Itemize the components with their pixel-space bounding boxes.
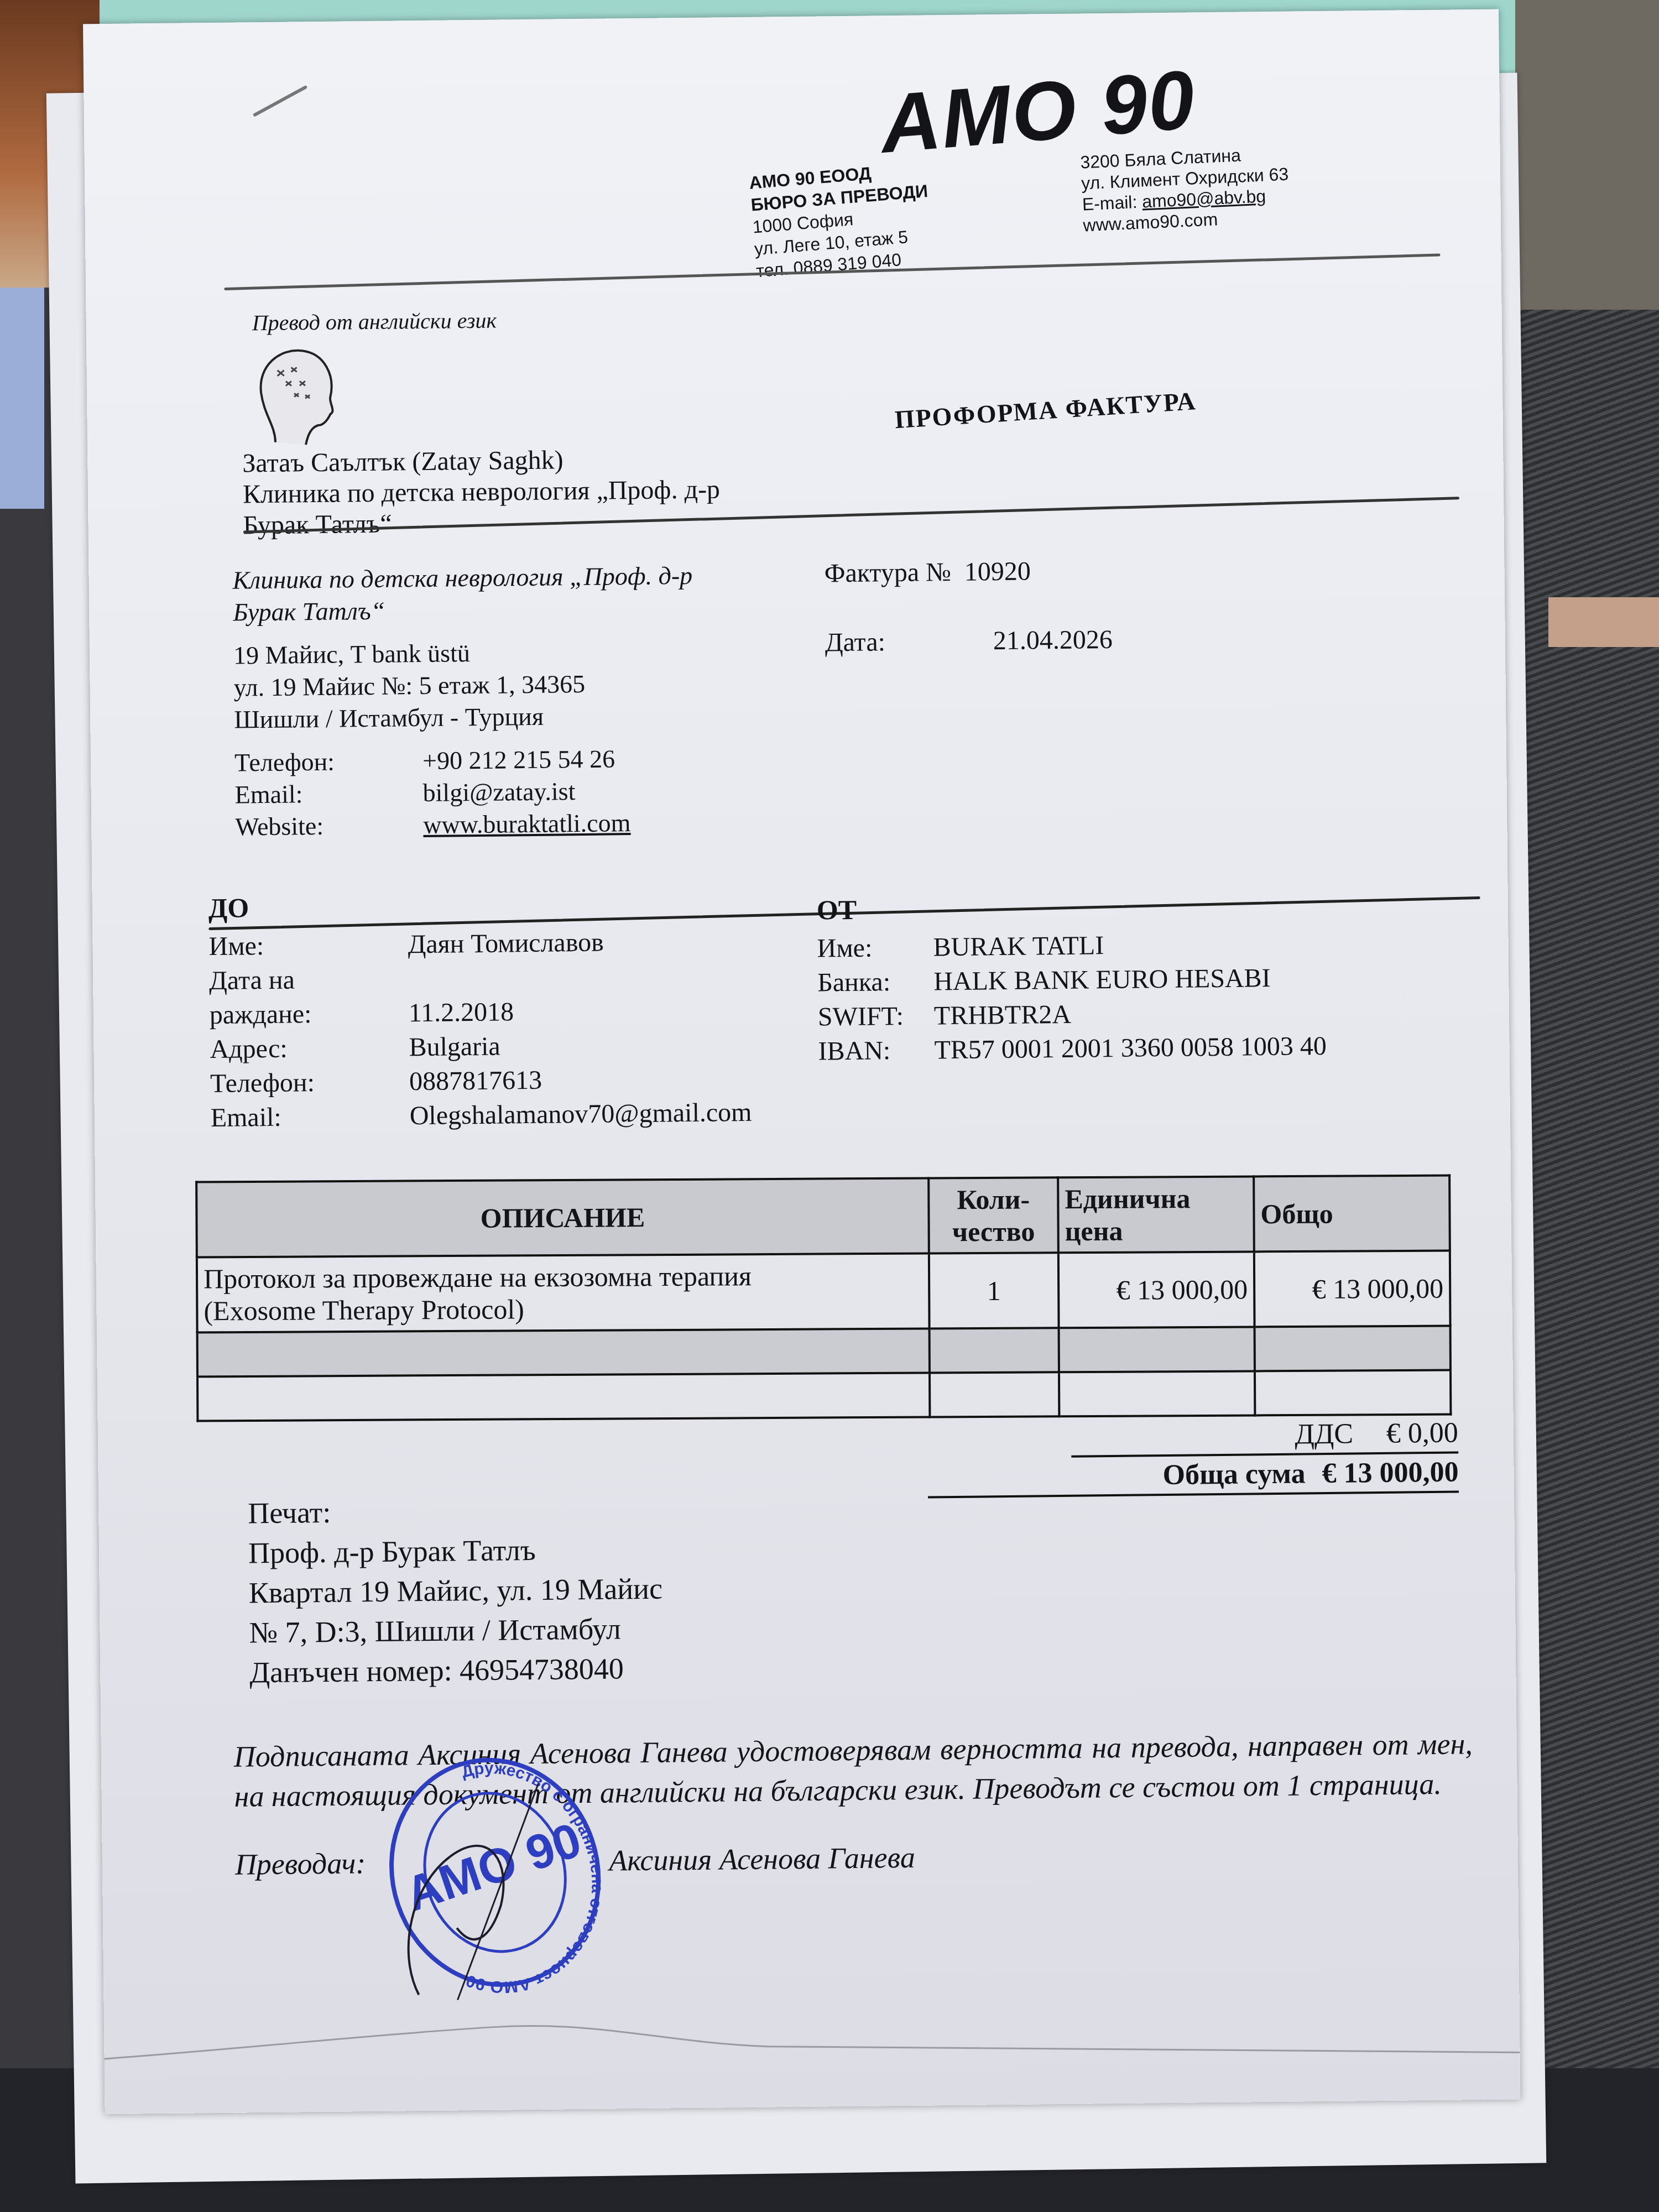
document-title: ПРОФОРМА ФАКТУРА (894, 386, 1197, 434)
stamp-address-line2: № 7, D:3, Шишли / Истамбул (249, 1609, 663, 1653)
customer-name: Даян Томиславов (408, 926, 604, 962)
issuer-email[interactable]: bilgi@zatay.ist (422, 775, 575, 809)
col-unit-price-line2: цена (1065, 1214, 1247, 1247)
invoice-date-row: Дата: 21.04.2026 (825, 624, 1113, 658)
field-label: раждане: (210, 996, 409, 1032)
issuer-email-label: Email: (234, 777, 423, 811)
empty-cell (1059, 1327, 1255, 1372)
empty-cell (930, 1372, 1059, 1417)
issuer-clinic-line2: Бурак Татлъ“ (233, 592, 693, 629)
stamp-address-line1: Квартал 19 Майис, ул. 19 Майис (248, 1569, 662, 1613)
invoice-number-row: Фактура № 10920 (824, 555, 1112, 588)
issuer-phone-label: Телефон: (234, 745, 423, 779)
field-label: Дата на (209, 962, 409, 998)
col-unit-price: Единичнацена (1058, 1176, 1254, 1253)
empty-cell (1059, 1371, 1255, 1416)
grand-total-label: Обща сума (1162, 1457, 1306, 1491)
paper-crease (104, 2011, 1520, 2070)
translator-label: Преводач: (235, 1846, 366, 1881)
table-row-empty (197, 1326, 1451, 1377)
issuer-website-row: Website: www.buraktatli.com (235, 806, 695, 843)
customer-phone: 0887817613 (409, 1063, 542, 1099)
agency-address: АМО 90 ЕООД БЮРО ЗА ПРЕВОДИ 1000 София у… (748, 158, 934, 282)
issuer-website-link[interactable]: www.buraktatli.com (423, 807, 631, 841)
col-unit-price-line1: Единична (1065, 1182, 1247, 1215)
staple (253, 85, 307, 117)
field-label: Име: (208, 927, 408, 964)
background-surface (1515, 0, 1659, 310)
table-row: Протокол за провеждане на екзозомна тера… (197, 1251, 1451, 1333)
bill-from-row: IBAN:TR57 0001 2001 3360 0058 1003 40 (818, 1029, 1327, 1069)
field-label: Email: (210, 1099, 410, 1135)
grand-total-row: Обща сума € 13 000,00 (927, 1454, 1459, 1499)
bill-from-title: ОТ (817, 888, 1326, 927)
totals: ДДС € 0,00 Обща сума € 13 000,00 (927, 1415, 1459, 1499)
bill-to-row: раждане:11.2.2018 (210, 993, 751, 1032)
col-total: Общо (1254, 1176, 1450, 1252)
table-row-empty (197, 1370, 1451, 1421)
translation-note: Превод от английски език (252, 307, 497, 336)
agency-branch: 3200 Бяла Слатина ул. Климент Охридски 6… (1080, 143, 1291, 236)
col-quantity: Коли-чество (928, 1177, 1058, 1253)
customer-email[interactable]: Olegshalamanov70@gmail.com (409, 1095, 752, 1133)
field-label: Телефон: (210, 1065, 410, 1101)
bill-from-row: SWIFT:TRHBTR2A (818, 995, 1327, 1035)
issuer-address-line1: 19 Майис, T bank üstü (233, 635, 693, 672)
payee-bank: HALK BANK EURO HESABI (933, 961, 1271, 999)
empty-cell (197, 1329, 930, 1377)
field-label: Адрес: (210, 1030, 409, 1067)
bill-to-row: Име:Даян Томиславов (208, 924, 750, 964)
stamp-details: Печат: Проф. д-р Бурак Татлъ Квартал 19 … (248, 1489, 664, 1693)
background-envelope (1548, 597, 1659, 647)
issuer-email-row: Email: bilgi@zatay.ist (234, 774, 695, 811)
bill-to-row: Дата на (209, 958, 750, 998)
col-quantity-line2: чество (935, 1215, 1051, 1248)
item-description-en: (Exosome Therapy Protocol) (204, 1291, 922, 1327)
payee-swift: TRHBTR2A (934, 998, 1072, 1034)
background-object (0, 288, 44, 509)
bill-to-title: ДО (208, 885, 749, 925)
issuer-details: Клиника по детска неврология „Проф. д-р … (232, 560, 695, 843)
customer-address: Bulgaria (409, 1030, 500, 1065)
col-description: ОПИСАНИЕ (196, 1178, 929, 1258)
payee-iban: TR57 0001 2001 3360 0058 1003 40 (934, 1029, 1327, 1067)
vat-label: ДДС (1295, 1417, 1353, 1451)
issuer-clinic-line1: Клиника по детска неврология „Проф. д-р (232, 560, 692, 597)
invoice-number: 10920 (964, 556, 1031, 587)
empty-cell (197, 1373, 930, 1421)
translator-name: Аксиния Асенова Ганева (609, 1840, 915, 1878)
line-items-table: ОПИСАНИЕ Коли-чество Единичнацена Общо П… (195, 1175, 1452, 1422)
col-quantity-line1: Коли- (935, 1183, 1051, 1215)
bill-to-row: Адрес:Bulgaria (210, 1027, 751, 1067)
tax-number: Данъчен номер: 46954738040 (249, 1648, 664, 1693)
field-label: Име: (817, 930, 933, 966)
seal-stamp-icon: Дружество с ограничена отговорност АМО 9… (372, 1738, 618, 2006)
empty-cell (1255, 1370, 1451, 1416)
issuer-phone-row: Телефон: +90 212 215 54 26 (234, 742, 695, 779)
field-label: IBAN: (818, 1033, 935, 1068)
invoice-meta: Фактура № 10920 Дата: 21.04.2026 (824, 555, 1113, 696)
invoice-date-label: Дата: (825, 625, 980, 658)
bill-to-row: Email:Olegshalamanov70@gmail.com (210, 1095, 752, 1135)
invoice-number-label: Фактура № (824, 557, 951, 588)
issuer-company: Затаъ Саълтък (Zatay Saghk) (242, 443, 720, 479)
item-unit-price: € 13 000,00 (1058, 1251, 1255, 1328)
item-quantity: 1 (929, 1253, 1059, 1328)
invoice-page: AMO 90 АМО 90 ЕООД БЮРО ЗА ПРЕВОДИ 1000 … (83, 9, 1520, 2115)
item-description: Протокол за провеждане на екзозомна тера… (197, 1254, 930, 1333)
issuer-address-line2: ул. 19 Майис №: 5 етаж 1, 34365 (233, 667, 693, 704)
issuer-phone: +90 212 215 54 26 (422, 743, 615, 777)
empty-cell (930, 1328, 1059, 1373)
payee-name: BURAK TATLI (933, 928, 1104, 964)
table-header-row: ОПИСАНИЕ Коли-чество Единичнацена Общо (196, 1176, 1450, 1258)
customer-birthdate: 11.2.2018 (409, 995, 514, 1030)
agency-email-label: E-mail: (1082, 192, 1138, 214)
invoice-date: 21.04.2026 (993, 624, 1113, 656)
vat-value: € 0,00 (1386, 1417, 1459, 1450)
issuer-clinic-line2: Бурак Татлъ“ (243, 505, 721, 541)
issuer-website-label: Website: (235, 809, 424, 843)
bill-from-row: Банка:HALK BANK EURO HESABI (817, 961, 1326, 1000)
issuer-clinic-line1: Клиника по детска неврология „Проф. д-р (243, 474, 721, 510)
bill-to-row: Телефон:0887817613 (210, 1061, 752, 1101)
field-label: SWIFT: (818, 999, 935, 1034)
vat-row: ДДС € 0,00 (1071, 1415, 1459, 1458)
bill-from-row: Име:BURAK TATLI (817, 926, 1326, 966)
grand-total-value: € 13 000,00 (1322, 1456, 1459, 1490)
field-label: Банка: (817, 964, 934, 1000)
bill-from: ОТ Име:BURAK TATLI Банка:HALK BANK EURO … (817, 888, 1327, 1069)
head-icon (252, 342, 342, 448)
issuer-address-line3: Шишли / Истамбул - Турция (234, 699, 694, 736)
empty-cell (1255, 1326, 1451, 1371)
item-total: € 13 000,00 (1254, 1251, 1451, 1327)
item-description-bg: Протокол за провеждане на екзозомна тера… (204, 1259, 922, 1295)
stamp-name: Проф. д-р Бурак Татлъ (248, 1529, 662, 1573)
stamp-label: Печат: (248, 1489, 662, 1533)
